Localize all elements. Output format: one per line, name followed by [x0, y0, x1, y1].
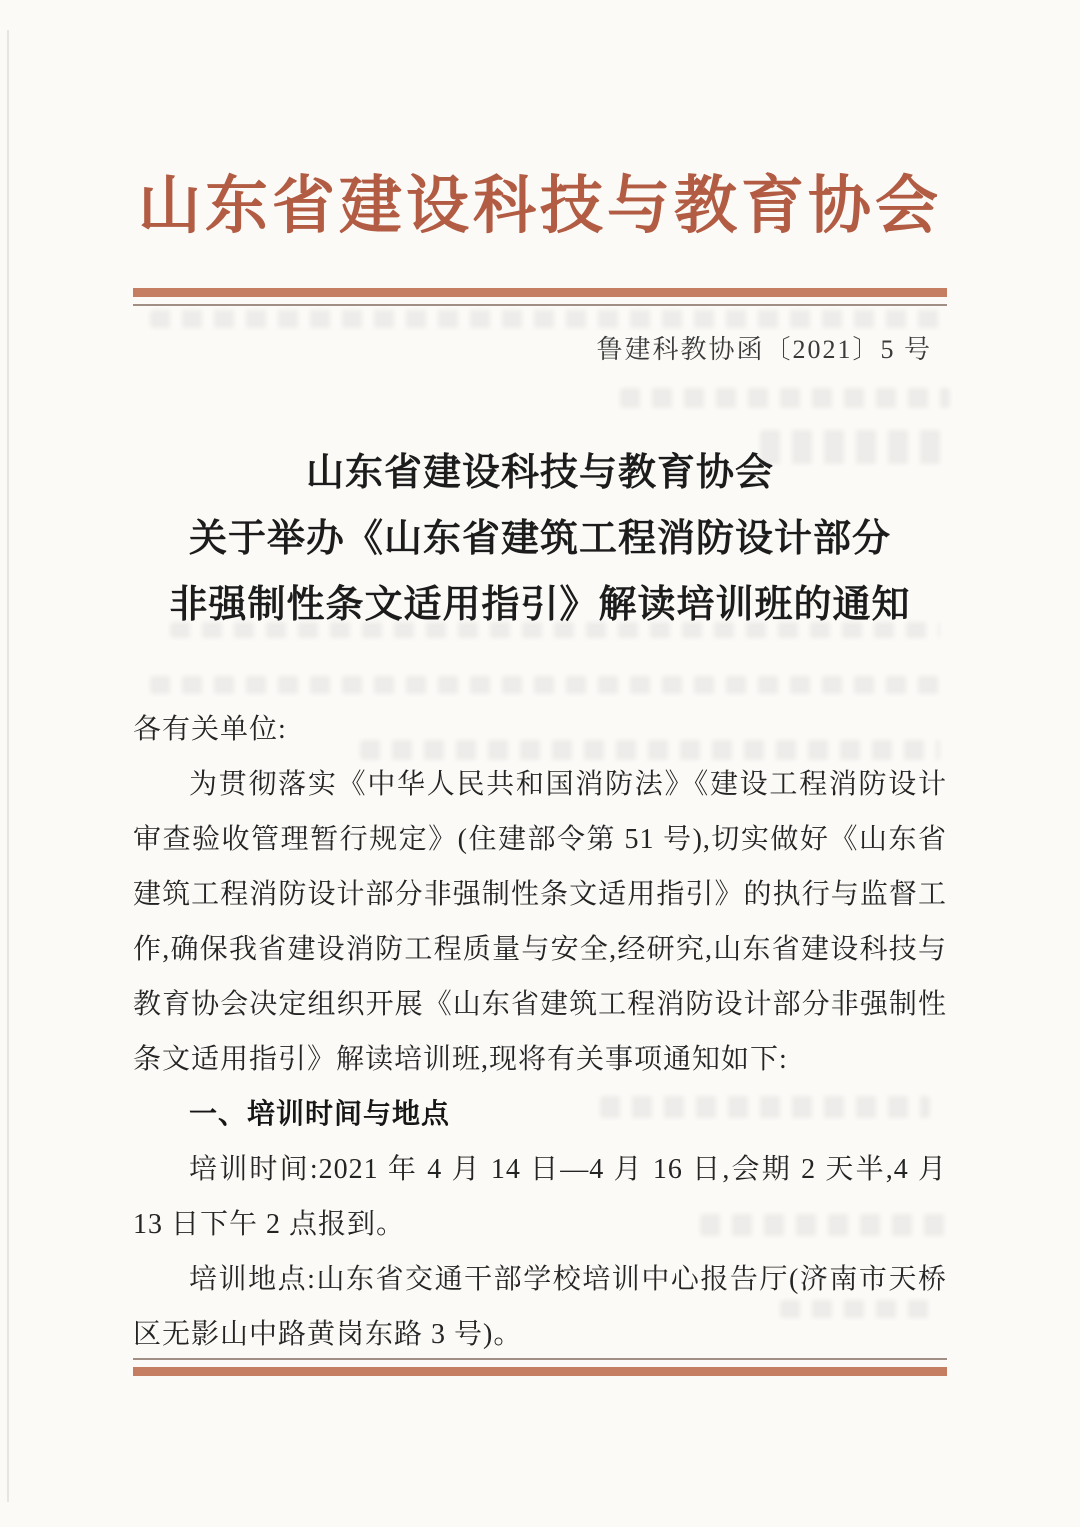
top-rule-thick — [133, 288, 947, 297]
bottom-rule-thin — [133, 1358, 947, 1360]
bleed-through-artifact — [150, 676, 950, 694]
notice-title-line-2: 关于举办《山东省建筑工程消防设计部分 — [0, 506, 1080, 572]
bottom-rules — [133, 1358, 947, 1376]
bleed-through-artifact — [170, 622, 940, 638]
bleed-through-artifact — [150, 310, 940, 328]
letterhead-org-name: 山东省建设科技与教育协会 — [60, 168, 1020, 244]
scan-edge-artifact — [7, 30, 9, 1502]
bleed-through-artifact — [620, 388, 950, 408]
bleed-through-artifact — [780, 1300, 940, 1318]
bleed-through-artifact — [360, 740, 940, 760]
document-page: 山东省建设科技与教育协会 鲁建科教协函〔2021〕5 号 山东省建设科技与教育协… — [0, 0, 1080, 1527]
document-number: 鲁建科教协函〔2021〕5 号 — [0, 332, 1080, 368]
bleed-through-artifact — [600, 1096, 930, 1118]
intro-paragraph: 为贯彻落实《中华人民共和国消防法》《建设工程消防设计审查验收管理暂行规定》(住建… — [133, 757, 947, 1087]
document-body: 各有关单位: 为贯彻落实《中华人民共和国消防法》《建设工程消防设计审查验收管理暂… — [133, 702, 947, 1362]
bleed-through-artifact — [760, 430, 950, 464]
bottom-rule-thick — [133, 1367, 947, 1376]
top-rule-thin — [133, 304, 947, 306]
notice-title: 山东省建设科技与教育协会 关于举办《山东省建筑工程消防设计部分 非强制性条文适用… — [0, 440, 1080, 638]
bleed-through-artifact — [700, 1214, 950, 1236]
